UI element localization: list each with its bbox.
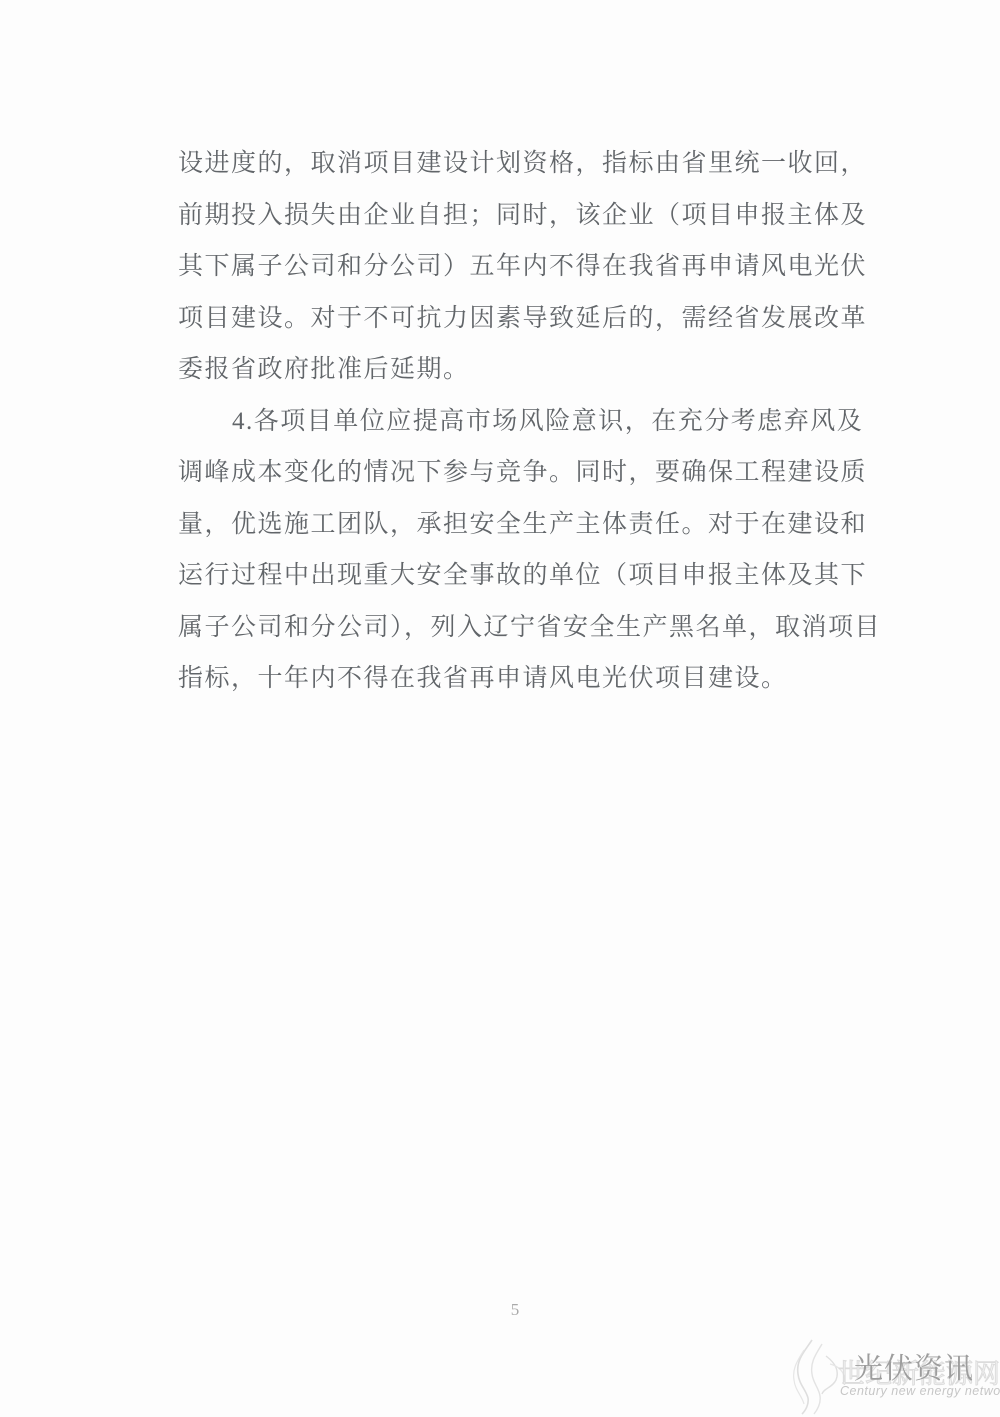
watermark-caption: Century new energy network [840,1384,1000,1398]
text-line: 量，优选施工团队，承担安全生产主体责任。对于在建设和 [178,499,874,551]
watermark-overlay-text: 光伏资讯 [854,1346,974,1387]
text-line: 其下属子公司和分公司）五年内不得在我省再申请风电光伏 [178,241,874,293]
text-line: 指标，十年内不得在我省再申请风电光伏项目建设。 [178,653,874,705]
text-line: 属子公司和分公司），列入辽宁省安全生产黑名单，取消项目 [178,602,874,654]
document-body: 设进度的，取消项目建设计划资格，指标由省里统一收回， 前期投入损失由企业自担；同… [178,138,874,705]
text-line: 前期投入损失由企业自担；同时，该企业（项目申报主体及 [178,190,874,242]
text-line: 4.各项目单位应提高市场风险意识，在充分考虑弃风及 [178,396,874,448]
text-line: 运行过程中出现重大安全事故的单位（项目申报主体及其下 [178,550,874,602]
text-line: 调峰成本变化的情况下参与竞争。同时，要确保工程建设质 [178,447,874,499]
paragraph-1: 设进度的，取消项目建设计划资格，指标由省里统一收回， 前期投入损失由企业自担；同… [178,138,874,396]
paragraph-2: 4.各项目单位应提高市场风险意识，在充分考虑弃风及 调峰成本变化的情况下参与竞争… [178,396,874,705]
page-number: 5 [0,1300,1000,1320]
text-line: 项目建设。对于不可抗力因素导致延后的，需经省发展改革 [178,293,874,345]
text-line: 委报省政府批准后延期。 [178,344,874,396]
text-line: 设进度的，取消项目建设计划资格，指标由省里统一收回， [178,138,874,190]
watermark: 世纪新能源网 光伏资讯 Century new energy network [782,1336,1000,1416]
document-page: 设进度的，取消项目建设计划资格，指标由省里统一收回， 前期投入损失由企业自担；同… [0,0,1000,1417]
